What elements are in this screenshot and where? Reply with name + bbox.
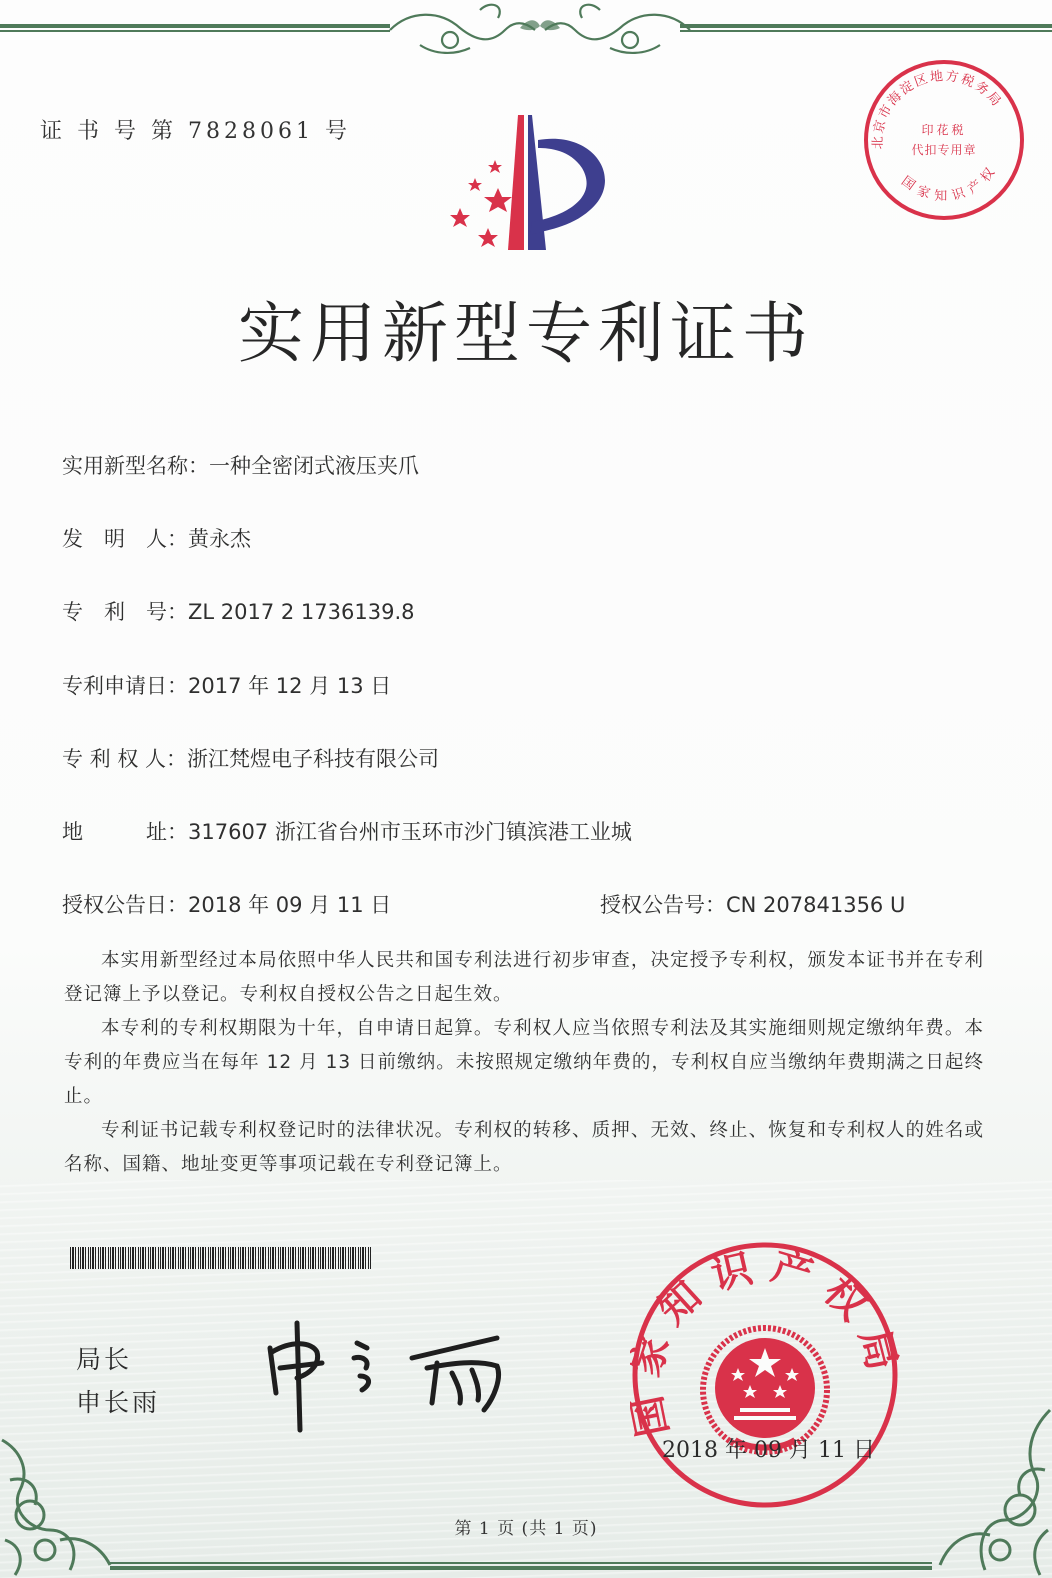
certificate-number: 证 书 号 第 7828061 号 bbox=[40, 114, 351, 145]
field-label: 专 利 号： bbox=[62, 596, 188, 626]
patent-office-logo-icon bbox=[420, 110, 620, 260]
seal-date: 2018 年 09 月 11 日 bbox=[662, 1433, 875, 1464]
field-patent-number: 专 利 号：ZL 2017 2 1736139.8 bbox=[62, 596, 414, 626]
field-value: 317607 浙江省台州市玉环市沙门镇滨港工业城 bbox=[188, 816, 632, 846]
field-patentee: 专 利 权 人：浙江梵煜电子科技有限公司 bbox=[62, 743, 439, 773]
border-rule-top-right-thin bbox=[680, 30, 1052, 32]
field-value: 浙江梵煜电子科技有限公司 bbox=[187, 743, 439, 773]
body-paragraph: 本实用新型经过本局依照中华人民共和国专利法进行初步审查，决定授予专利权，颁发本证… bbox=[64, 944, 984, 1012]
body-paragraph: 专利证书记载专利权登记时的法律状况。专利权的转移、质押、无效、终止、恢复和专利权… bbox=[64, 1114, 984, 1182]
field-label: 实用新型名称： bbox=[62, 450, 209, 480]
field-label: 专利申请日： bbox=[62, 670, 188, 700]
document-title: 实用新型专利证书 bbox=[0, 280, 1052, 375]
top-dragon-ornament-icon bbox=[380, 0, 700, 60]
field-grant-date: 授权公告日：2018 年 09 月 11 日 bbox=[62, 889, 391, 919]
director-signature-icon bbox=[262, 1318, 522, 1438]
director-name: 申长雨 bbox=[76, 1383, 160, 1419]
certificate-page: 证 书 号 第 7828061 号 北京市海淀区地方税务局 国家知识产权局 印花… bbox=[0, 0, 1052, 1578]
field-value: 一种全密闭式液压夹爪 bbox=[209, 450, 419, 480]
border-rule-top-left-thin bbox=[0, 30, 390, 32]
field-publication-number: 授权公告号：CN 207841356 U bbox=[600, 889, 905, 919]
border-rule-bottom bbox=[110, 1566, 932, 1570]
field-label: 专 利 权 人： bbox=[62, 743, 187, 773]
field-label: 授权公告号： bbox=[600, 893, 726, 917]
field-address: 地 址：317607 浙江省台州市玉环市沙门镇滨港工业城 bbox=[62, 816, 632, 846]
field-value: 黄永杰 bbox=[188, 523, 251, 553]
field-label: 地 址： bbox=[62, 816, 188, 846]
field-utility-model-name: 实用新型名称：一种全密闭式液压夹爪 bbox=[62, 450, 419, 480]
stamp-duty-seal: 北京市海淀区地方税务局 国家知识产权局 印花税 代扣专用章 bbox=[862, 58, 1026, 222]
director-title: 局长 bbox=[76, 1340, 132, 1376]
corner-ornament-bottom-left-icon bbox=[0, 1420, 120, 1578]
tax-stamp-line2: 代扣专用章 bbox=[911, 142, 976, 157]
corner-ornament-bottom-right-icon bbox=[930, 1400, 1052, 1578]
field-value: CN 207841356 U bbox=[726, 893, 905, 917]
border-rule-top-right bbox=[680, 24, 1052, 28]
page-number: 第 1 页 (共 1 页) bbox=[0, 1514, 1052, 1539]
field-value: 2018 年 09 月 11 日 bbox=[188, 889, 391, 919]
tax-stamp-outer-text: 北京市海淀区地方税务局 bbox=[870, 68, 1004, 149]
tax-stamp-line1: 印花税 bbox=[921, 123, 966, 137]
official-seal: 国家知识产权局 bbox=[630, 1240, 900, 1510]
field-label: 发 明 人： bbox=[62, 523, 188, 553]
field-value: 2017 年 12 月 13 日 bbox=[188, 670, 391, 700]
field-application-date: 专利申请日：2017 年 12 月 13 日 bbox=[62, 670, 391, 700]
body-paragraph: 本专利的专利权期限为十年，自申请日起算。专利权人应当依照专利法及其实施细则规定缴… bbox=[64, 1012, 984, 1114]
barcode bbox=[70, 1247, 372, 1269]
border-rule-top-left bbox=[0, 24, 390, 28]
border-rule-bottom-thin bbox=[110, 1562, 932, 1564]
field-inventor: 发 明 人：黄永杰 bbox=[62, 523, 251, 553]
field-value: ZL 2017 2 1736139.8 bbox=[188, 600, 414, 624]
svg-text:北京市海淀区地方税务局: 北京市海淀区地方税务局 bbox=[870, 68, 1004, 149]
field-label: 授权公告日： bbox=[62, 889, 188, 919]
body-paragraphs: 本实用新型经过本局依照中华人民共和国专利法进行初步审查，决定授予专利权，颁发本证… bbox=[64, 944, 984, 1182]
